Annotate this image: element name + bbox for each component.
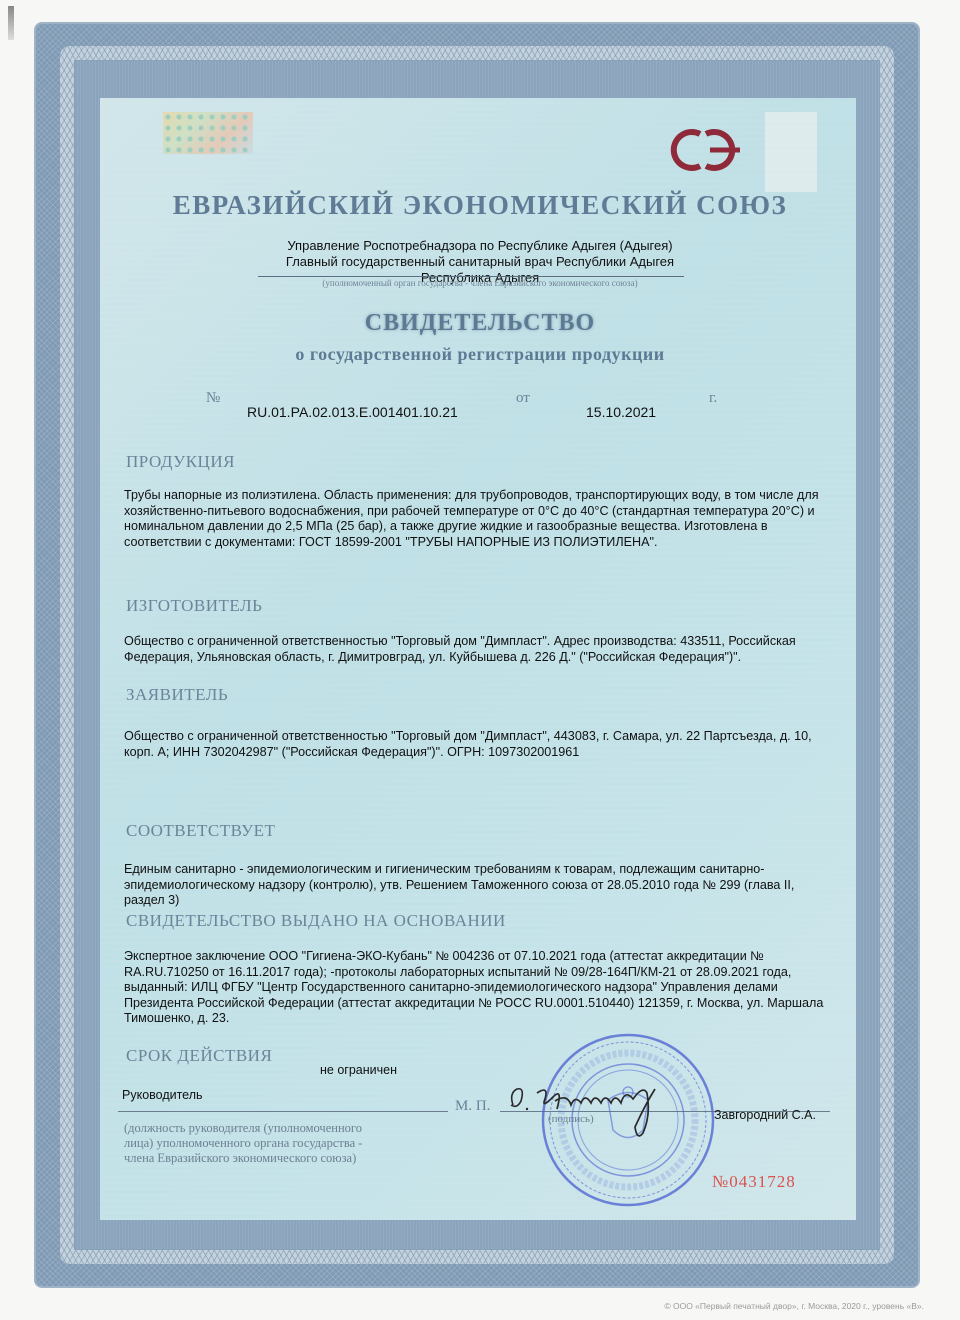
authority-caption: (уполномоченный орган государства - член… (0, 278, 960, 288)
validity-value: не ограничен (320, 1063, 397, 1077)
section-heading-validity: СРОК ДЕЙСТВИЯ (126, 1046, 272, 1066)
authority-line: Управление Роспотребнадзора по Республик… (0, 238, 960, 254)
position-caption: члена Евразийского экономического союза) (124, 1151, 356, 1166)
year-suffix: г. (709, 390, 717, 407)
manufacturer-text: Общество с ограниченной ответственностью… (124, 634, 824, 665)
section-heading-applicant: ЗАЯВИТЕЛЬ (126, 685, 228, 705)
date-label: от (516, 390, 530, 407)
conforms-text: Единым санитарно - эпидемиологическим и … (124, 862, 824, 909)
certificate-date: 15.10.2021 (586, 404, 656, 420)
number-label: № (206, 390, 220, 407)
hologram-icon (163, 112, 253, 154)
signer-name: Завгородний С.А. (714, 1108, 816, 1122)
position-caption: (должность руководителя (уполномоченного (124, 1121, 362, 1136)
union-title: ЕВРАЗИЙСКИЙ ЭКОНОМИЧЕСКИЙ СОЮЗ (0, 190, 960, 221)
section-heading-manufacturer: ИЗГОТОВИТЕЛЬ (126, 596, 262, 616)
handwritten-signature-icon (505, 1075, 705, 1145)
printer-credit: © ООО «Первый печатный двор», г. Москва,… (664, 1301, 924, 1311)
applicant-text: Общество с ограниченной ответственностью… (124, 729, 824, 760)
divider (258, 276, 684, 277)
paper-patch (765, 112, 817, 192)
section-heading-conforms: СООТВЕТСТВУЕТ (126, 821, 275, 841)
position-caption: лица) уполномоченного органа государства… (124, 1136, 362, 1151)
scan-edge (8, 6, 14, 40)
certificate-title: СВИДЕТЕЛЬСТВО (0, 310, 960, 337)
section-heading-product: ПРОДУКЦИЯ (126, 452, 235, 472)
authority-line: Главный государственный санитарный врач … (0, 254, 960, 270)
product-description: Трубы напорные из полиэтилена. Область п… (124, 488, 824, 550)
seal-place-label: М. П. (455, 1098, 490, 1115)
form-serial-number: №0431728 (712, 1172, 796, 1192)
position-label: Руководитель (122, 1088, 203, 1102)
ce-logo-icon (662, 126, 746, 174)
basis-text: Экспертное заключение ООО "Гигиена-ЭКО-К… (124, 949, 824, 1027)
certificate-subtitle: о государственной регистрации продукции (0, 344, 960, 365)
position-line (118, 1111, 448, 1112)
section-heading-basis: СВИДЕТЕЛЬСТВО ВЫДАНО НА ОСНОВАНИИ (126, 911, 506, 931)
certificate-number: RU.01.РА.02.013.Е.001401.10.21 (247, 404, 458, 420)
